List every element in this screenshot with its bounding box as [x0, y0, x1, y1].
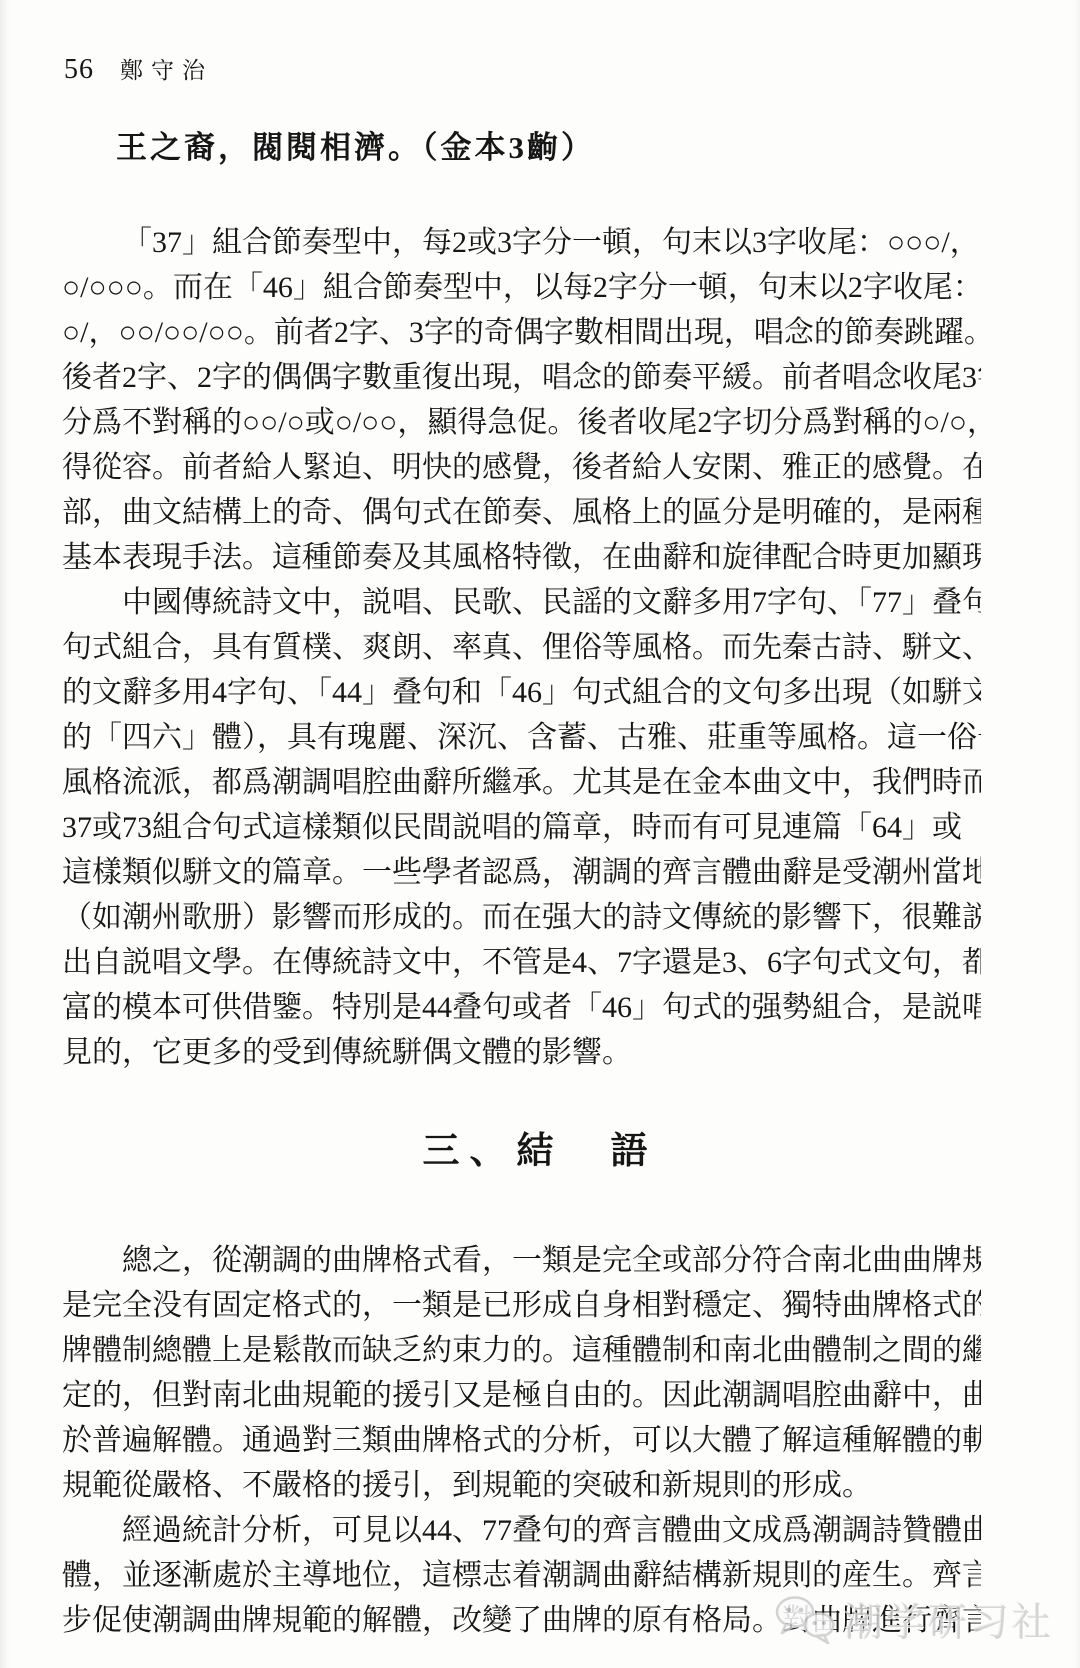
text-line: 部，曲文結構上的奇、偶句式在節奏、風格上的區分是明確的，是兩種相反相成的 [62, 490, 981, 535]
page-number: 56 [64, 54, 94, 85]
text-line: 總之，從潮調的曲牌格式看，一類是完全或部分符合南北曲曲牌規範的，一類 [62, 1238, 981, 1283]
text-line: 中國傳統詩文中，説唱、民歌、民謡的文辭多用7字句、「77」叠句和「37」 [62, 580, 981, 625]
text-line: ○/○○○。而在「46」組合節奏型中，以每2字分一頓，句末以2字收尾：○○/○ [62, 265, 981, 310]
scanned-page: 56鄭守治 王之裔，閥閱相濟。（金本3齣） 「37」組合節奏型中，每2或3字分一… [0, 0, 1080, 1668]
page-header: 56鄭守治 [64, 52, 213, 86]
text-line: 句式組合，具有質樸、爽朗、率真、俚俗等風格。而先秦古詩、駢文、頌贊、碑誄 [62, 625, 981, 670]
text-line: 37或73組合句式這樣類似民間説唱的篇章，時而有可見連篇「64」或「46」句式 [62, 805, 981, 850]
section-heading: 三、結 語 [0, 1120, 1080, 1174]
text-line: 是完全没有固定格式的，一類是已形成自身相對穩定、獨特曲牌格式的。潮調的曲 [62, 1283, 981, 1328]
conclusion-section: 總之，從潮調的曲牌格式看，一類是完全或部分符合南北曲曲牌規範的，一類是完全没有固… [62, 1238, 981, 1643]
text-line: 經過統計分析，可見以44、77叠句的齊言體曲文成爲潮調詩贊體曲辭的主 [62, 1508, 981, 1553]
paragraph-rhythm-types: 「37」組合節奏型中，每2或3字分一頓，句末以3字收尾：○○○/，○○/○○/○… [62, 220, 981, 580]
verse-quote: 王之裔，閥閱相濟。（金本3齣） [116, 122, 595, 167]
text-line: 富的模本可供借鑒。特別是44叠句或者「46」句式的强勢組合，是説唱文學所少 [62, 985, 981, 1030]
text-line: 分爲不對稱的○○/○或○/○○，顯得急促。後者收尾2字切分爲對稱的○/○，顯 [62, 400, 981, 445]
text-line: 規範從嚴格、不嚴格的援引，到規範的突破和新規則的形成。 [62, 1463, 981, 1508]
chat-bubbles-icon [774, 1593, 838, 1647]
running-author: 鄭守治 [120, 58, 213, 83]
text-line: 見的，它更多的受到傳統駢偶文體的影響。 [62, 1030, 981, 1075]
text-line: 後者2字、2字的偶偶字數重復出現，唱念的節奏平緩。前者唱念收尾3字習慣切 [62, 355, 981, 400]
text-line: （如潮州歌册）影響而形成的。而在强大的詩文傳統的影響下，很難説齊言體單純 [62, 895, 981, 940]
text-line: 的文辭多用4字句、「44」叠句和「46」句式組合的文句多出現（如駢文就是所謂 [62, 670, 981, 715]
body-section: 「37」組合節奏型中，每2或3字分一頓，句末以3字收尾：○○○/，○○/○○/○… [62, 220, 981, 1075]
text-line: 得從容。前者給人緊迫、明快的感覺，後者給人安閑、雅正的感覺。在荔、金本内 [62, 445, 981, 490]
watermark-label: 潮学研习社 [844, 1592, 1054, 1648]
text-line: 牌體制總體上是鬆散而缺乏約束力的。這種體制和南北曲體制之間的繼承關係是確 [62, 1328, 981, 1373]
paragraph-tradition-styles: 中國傳統詩文中，説唱、民歌、民謡的文辭多用7字句、「77」叠句和「37」句式組合… [62, 580, 981, 1075]
text-line: ○/，○○/○○/○○。前者2字、3字的奇偶字數相間出現，唱念的節奏跳躍。而 [62, 310, 981, 355]
text-line: 出自説唱文學。在傳統詩文中，不管是4、7字還是3、6字句式文句，都有足够豐 [62, 940, 981, 985]
text-line: 於普遍解體。通過對三類曲牌格式的分析，可以大體了解這種解體的軌迹，即曲牌 [62, 1418, 981, 1463]
text-line: 風格流派，都爲潮調唱腔曲辭所繼承。尤其是在金本曲文中，我們時而可見連篇 [62, 760, 981, 805]
text-line: 基本表現手法。這種節奏及其風格特徵，在曲辭和旋律配合時更加顯現。 [62, 535, 981, 580]
watermark: 潮学研习社 [774, 1592, 1054, 1648]
text-line: 定的，但對南北曲規範的援引又是極自由的。因此潮調唱腔曲辭中，曲牌規範已趨 [62, 1373, 981, 1418]
text-line: 「37」組合節奏型中，每2或3字分一頓，句末以3字收尾：○○○/，○○/○ [62, 220, 981, 265]
text-line: 這樣類似駢文的篇章。一些學者認爲，潮調的齊言體曲辭是受潮州當地的説唱文學 [62, 850, 981, 895]
text-line: 的「四六」體），具有瑰麗、深沉、含蓄、古雅、莊重等風格。這一俗一雅的兩大 [62, 715, 981, 760]
paragraph-conclusion-summary: 總之，從潮調的曲牌格式看，一類是完全或部分符合南北曲曲牌規範的，一類是完全没有固… [62, 1238, 981, 1508]
